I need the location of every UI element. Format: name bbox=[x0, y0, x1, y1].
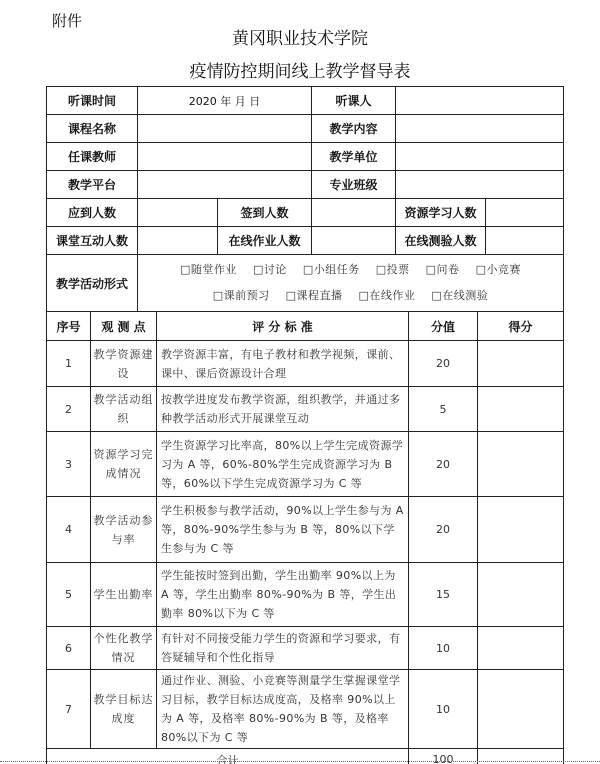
activity-form-label: 教学活动形式 bbox=[47, 255, 138, 312]
row-score-field[interactable] bbox=[478, 670, 564, 749]
header-point: 观 测 点 bbox=[91, 312, 157, 341]
listener-field[interactable] bbox=[396, 87, 564, 115]
table-row: 5 学生出勤率 学生能按时签到出勤，学生出勤率 90%以上为 A 等，学生出勤率… bbox=[47, 563, 564, 627]
table-row: 6 个性化教学情况 有针对不同接受能力学生的资源和学习要求，有答疑辅导和个性化指… bbox=[47, 627, 564, 670]
activity-checkbox[interactable]: □小竞赛 bbox=[476, 263, 521, 276]
row-score-field[interactable] bbox=[478, 563, 564, 627]
row-criteria: 学生能按时签到出勤，学生出勤率 90%以上为 A 等，学生出勤率 80%-90%… bbox=[157, 563, 409, 627]
platform-field[interactable] bbox=[138, 171, 312, 199]
activity-checkbox[interactable]: □在线作业 bbox=[359, 289, 416, 302]
test-field[interactable] bbox=[486, 227, 564, 255]
row-point: 教学活动参与率 bbox=[91, 497, 157, 563]
row-point: 学生出勤率 bbox=[91, 563, 157, 627]
row-criteria: 按教学进度发布教学资源，组织教学，并通过多种教学活动形式开展课堂互动 bbox=[157, 387, 409, 432]
activity-checkbox[interactable]: □讨论 bbox=[253, 263, 287, 276]
signed-field[interactable] bbox=[312, 199, 396, 227]
row-value: 20 bbox=[409, 432, 478, 497]
interaction-label: 课堂互动人数 bbox=[47, 227, 138, 255]
row-value: 10 bbox=[409, 627, 478, 670]
content-field[interactable] bbox=[396, 115, 564, 143]
row-value: 15 bbox=[409, 563, 478, 627]
page-break-divider bbox=[0, 761, 600, 762]
activity-checkbox[interactable]: □在线测验 bbox=[431, 289, 488, 302]
row-point: 个性化教学情况 bbox=[91, 627, 157, 670]
row-criteria: 有针对不同接受能力学生的资源和学习要求，有答疑辅导和个性化指导 bbox=[157, 627, 409, 670]
activity-row-2: □课前预习 □课程直播 □在线作业 □在线测验 bbox=[138, 283, 563, 309]
class-label: 专业班级 bbox=[312, 171, 396, 199]
activity-checkbox[interactable]: □投票 bbox=[376, 263, 410, 276]
listen-time-label: 听课时间 bbox=[47, 87, 138, 115]
course-name-field[interactable] bbox=[138, 115, 312, 143]
row-score-field[interactable] bbox=[478, 627, 564, 670]
form-title: 疫情防控期间线上教学督导表 bbox=[0, 57, 600, 82]
row-value: 5 bbox=[409, 387, 478, 432]
row-no: 5 bbox=[47, 563, 91, 627]
unit-label: 教学单位 bbox=[312, 143, 396, 171]
row-score-field[interactable] bbox=[478, 497, 564, 563]
institution-title: 黄冈职业技术学院 bbox=[0, 24, 600, 49]
row-no: 6 bbox=[47, 627, 91, 670]
header-no: 序号 bbox=[47, 312, 91, 341]
row-criteria: 学生积极参与教学活动，90%以上学生参与为 A 等，80%-90%学生参与为 B… bbox=[157, 497, 409, 563]
platform-label: 教学平台 bbox=[47, 171, 138, 199]
unit-field[interactable] bbox=[396, 143, 564, 171]
activity-checkbox[interactable]: □小组任务 bbox=[303, 263, 360, 276]
activity-checkbox[interactable]: □随堂作业 bbox=[180, 263, 237, 276]
row-point: 教学活动组织 bbox=[91, 387, 157, 432]
header-score: 得分 bbox=[478, 312, 564, 341]
expected-label: 应到人数 bbox=[47, 199, 138, 227]
row-criteria: 学生资源学习比率高，80%以上学生完成资源学习为 A 等，60%-80%学生完成… bbox=[157, 432, 409, 497]
course-name-label: 课程名称 bbox=[47, 115, 138, 143]
homework-field[interactable] bbox=[312, 227, 396, 255]
row-point: 资源学习完成情况 bbox=[91, 432, 157, 497]
header-value: 分值 bbox=[409, 312, 478, 341]
row-no: 3 bbox=[47, 432, 91, 497]
row-criteria: 通过作业、测验、小竞赛等测量学生掌握课堂学习目标，教学目标达成度高，及格率 90… bbox=[157, 670, 409, 749]
table-row: 2 教学活动组织 按教学进度发布教学资源，组织教学，并通过多种教学活动形式开展课… bbox=[47, 387, 564, 432]
table-row: 7 教学目标达成度 通过作业、测验、小竞赛等测量学生掌握课堂学习目标，教学目标达… bbox=[47, 670, 564, 749]
row-value: 20 bbox=[409, 341, 478, 387]
row-no: 2 bbox=[47, 387, 91, 432]
row-criteria: 教学资源丰富，有电子教材和教学视频，课前、课中、课后资源设计合理 bbox=[157, 341, 409, 387]
row-score-field[interactable] bbox=[478, 387, 564, 432]
table-row: 1 教学资源建设 教学资源丰富，有电子教材和教学视频，课前、课中、课后资源设计合… bbox=[47, 341, 564, 387]
listen-time-field[interactable]: 2020 年 月 日 bbox=[138, 87, 312, 115]
row-value: 20 bbox=[409, 497, 478, 563]
row-point: 教学资源建设 bbox=[91, 341, 157, 387]
activity-options: □随堂作业 □讨论 □小组任务 □投票 □问卷 □小竞赛 □课前预习 □课程直播… bbox=[138, 255, 564, 312]
row-score-field[interactable] bbox=[478, 432, 564, 497]
header-criteria: 评 分 标 准 bbox=[157, 312, 409, 341]
resource-learners-field[interactable] bbox=[486, 199, 564, 227]
table-row: 3 资源学习完成情况 学生资源学习比率高，80%以上学生完成资源学习为 A 等，… bbox=[47, 432, 564, 497]
test-label: 在线测验人数 bbox=[396, 227, 486, 255]
activity-checkbox[interactable]: □问卷 bbox=[426, 263, 460, 276]
activity-row-1: □随堂作业 □讨论 □小组任务 □投票 □问卷 □小竞赛 bbox=[138, 257, 563, 283]
homework-label: 在线作业人数 bbox=[218, 227, 312, 255]
row-no: 7 bbox=[47, 670, 91, 749]
teacher-label: 任课教师 bbox=[47, 143, 138, 171]
info-table: 听课时间 2020 年 月 日 听课人 课程名称 教学内容 任课教师 教学单位 … bbox=[46, 86, 564, 312]
class-field[interactable] bbox=[396, 171, 564, 199]
row-no: 1 bbox=[47, 341, 91, 387]
activity-checkbox[interactable]: □课前预习 bbox=[213, 289, 270, 302]
row-no: 4 bbox=[47, 497, 91, 563]
resource-learners-label: 资源学习人数 bbox=[396, 199, 486, 227]
interaction-field[interactable] bbox=[138, 227, 218, 255]
listener-label: 听课人 bbox=[312, 87, 396, 115]
signed-label: 签到人数 bbox=[218, 199, 312, 227]
content-label: 教学内容 bbox=[312, 115, 396, 143]
score-table: 序号 观 测 点 评 分 标 准 分值 得分 1 教学资源建设 教学资源丰富，有… bbox=[46, 311, 564, 764]
table-row: 4 教学活动参与率 学生积极参与教学活动，90%以上学生参与为 A 等，80%-… bbox=[47, 497, 564, 563]
activity-checkbox[interactable]: □课程直播 bbox=[286, 289, 343, 302]
row-point: 教学目标达成度 bbox=[91, 670, 157, 749]
row-score-field[interactable] bbox=[478, 341, 564, 387]
row-value: 10 bbox=[409, 670, 478, 749]
expected-field[interactable] bbox=[138, 199, 218, 227]
teacher-field[interactable] bbox=[138, 143, 312, 171]
